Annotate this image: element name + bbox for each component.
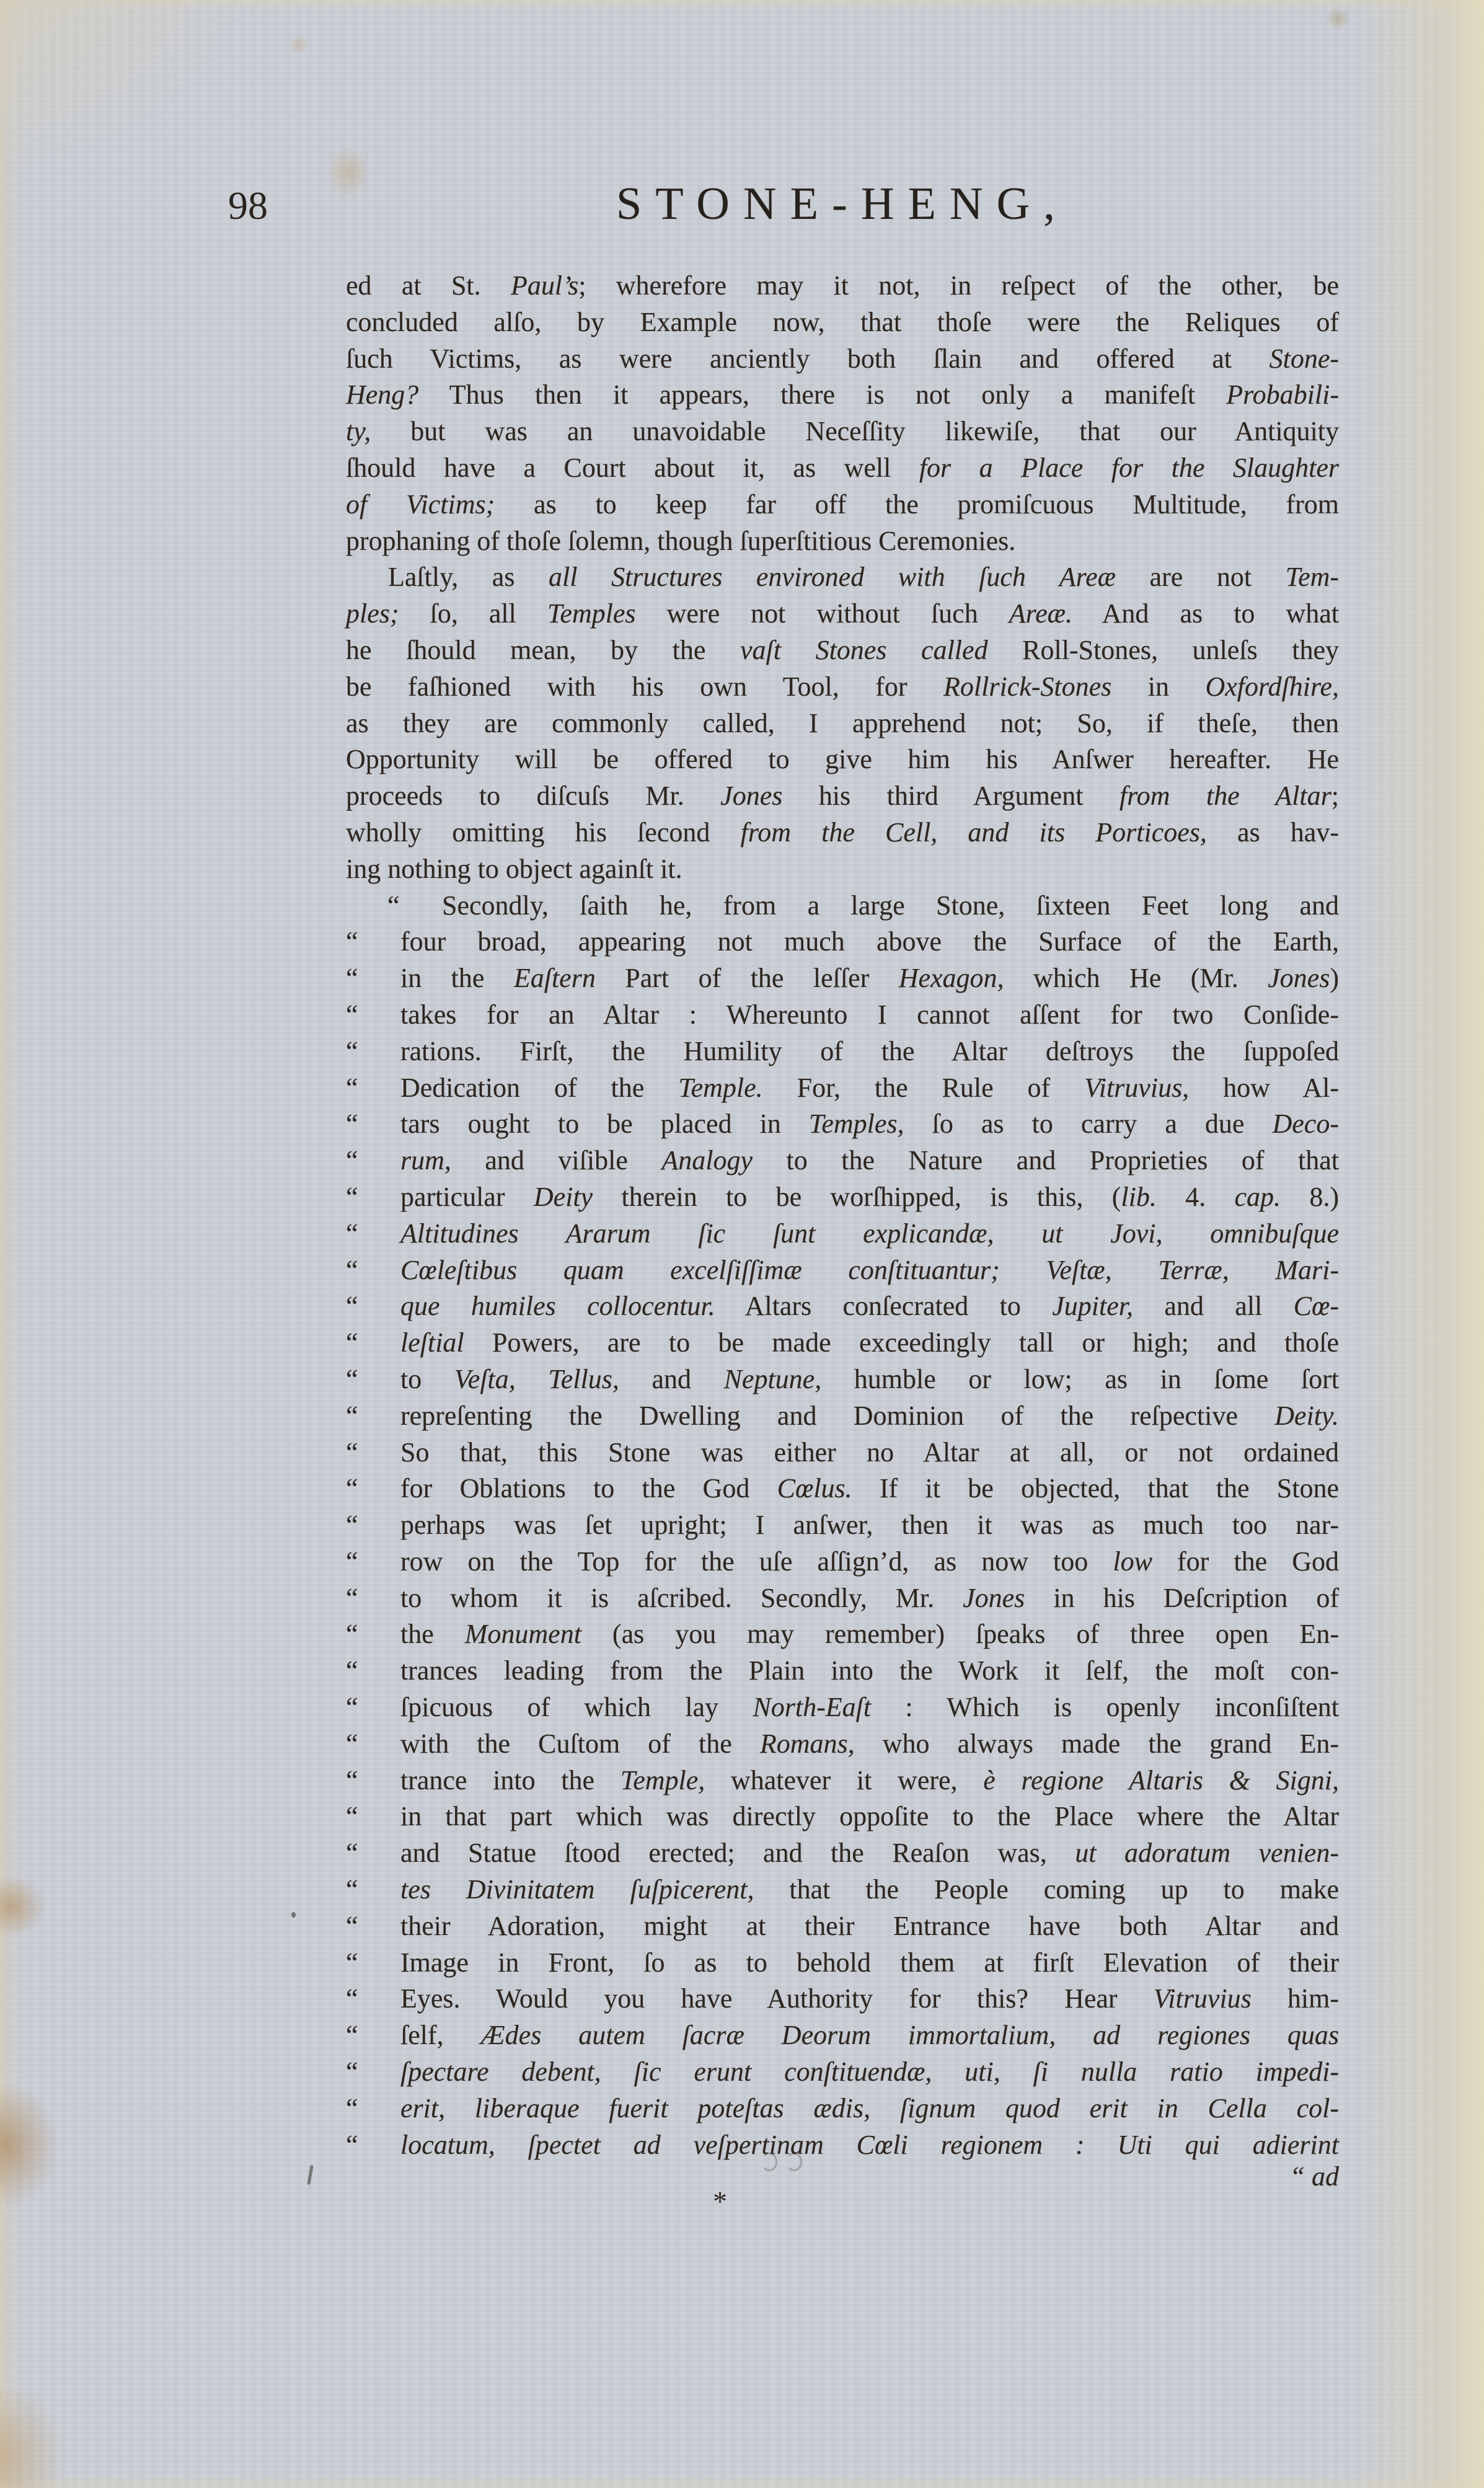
quoted-line: “ſpicuous of which lay North-Eaſt : Whic… bbox=[346, 1689, 1339, 1726]
italic-run: for a Place for the Slaughter bbox=[919, 453, 1339, 483]
roman-run: Part of the leſſer bbox=[596, 963, 899, 993]
text-block: ed at St. Paul’s; wherefore may it not, … bbox=[346, 268, 1339, 2163]
quote-mark: “ bbox=[346, 1288, 358, 1325]
roman-run: tars ought to be placed in bbox=[400, 1109, 809, 1139]
roman-run: as hav- bbox=[1207, 817, 1339, 848]
quote-mark: “ bbox=[346, 2017, 358, 2054]
quoted-line: “trances leading from the Plain into the… bbox=[346, 1653, 1339, 1689]
quoted-line: “particular Deity therein to be worſhipp… bbox=[346, 1179, 1339, 1216]
text-line: wholly omitting his ſecond from the Cell… bbox=[346, 815, 1339, 851]
text-line: be faſhioned with his own Tool, for Roll… bbox=[346, 669, 1339, 706]
text-line: ty, but was an unavoidable Neceſſity lik… bbox=[346, 414, 1339, 450]
quoted-line: “leſtial Powers, are to be made exceedin… bbox=[346, 1325, 1339, 1361]
roman-run: to the Nature and Proprieties of that bbox=[753, 1145, 1339, 1175]
quoted-line: “Altitudines Ararum ſic ſunt explicandæ,… bbox=[346, 1216, 1339, 1252]
italic-run: Probabili- bbox=[1226, 379, 1339, 410]
italic-run: Stone- bbox=[1270, 343, 1339, 374]
roman-run: ) bbox=[1330, 963, 1339, 993]
quote-mark: “ bbox=[346, 1398, 358, 1435]
quote-mark: “ bbox=[346, 924, 358, 960]
italic-run: North-Eaſt bbox=[753, 1692, 871, 1722]
roman-run: were not without ſuch bbox=[636, 598, 1009, 629]
text-line: Laſtly, as all Structures environed with… bbox=[346, 559, 1339, 596]
roman-run: that the People coming up to make bbox=[754, 1874, 1339, 1905]
italic-run: Temple. bbox=[678, 1073, 763, 1103]
quote-mark: “ bbox=[346, 960, 358, 997]
italic-run: Cœleſtibus quam excelſiſſimæ conſtituant… bbox=[400, 1255, 1339, 1285]
quote-mark: “ bbox=[387, 888, 400, 924]
roman-run: four broad, appearing not much above the… bbox=[400, 926, 1339, 957]
text-line: ing nothing to object againſt it. bbox=[346, 851, 1339, 888]
quoted-line: “four broad, appearing not much above th… bbox=[346, 924, 1339, 960]
quote-mark: “ bbox=[346, 1106, 358, 1143]
text-line: prophaning of thoſe ſolemn, though ſuper… bbox=[346, 523, 1339, 560]
roman-run: and all bbox=[1133, 1291, 1294, 1321]
italic-run: Eaſtern bbox=[514, 963, 596, 993]
italic-run: Tem- bbox=[1286, 562, 1339, 592]
italic-run: Rollrick-Stones bbox=[943, 671, 1111, 702]
roman-run: Thus then it appears, there is not only … bbox=[418, 379, 1226, 410]
quote-mark: “ bbox=[346, 1653, 358, 1689]
roman-run: who always made the grand En- bbox=[855, 1729, 1339, 1759]
text-line: Heng? Thus then it appears, there is not… bbox=[346, 377, 1339, 414]
quoted-line: “erit, liberaque fuerit poteſtas ædis, ſ… bbox=[346, 2091, 1339, 2127]
quoted-line: “So that, this Stone was either no Altar… bbox=[346, 1435, 1339, 1471]
roman-run: their Adoration, might at their Entrance… bbox=[400, 1911, 1339, 1941]
italic-run: Heng? bbox=[346, 379, 418, 410]
roman-run: in the bbox=[400, 963, 514, 993]
roman-run: ed at St. bbox=[346, 270, 511, 301]
italic-run: Temples bbox=[547, 598, 636, 629]
italic-run: Analogy bbox=[661, 1145, 753, 1175]
footnote-mark: * bbox=[713, 2187, 727, 2216]
italic-run: ples; bbox=[346, 598, 399, 629]
roman-run: with the Cuſtom of the bbox=[400, 1729, 760, 1759]
page-title: STONE-HENG, bbox=[346, 181, 1339, 227]
italic-run: cap. bbox=[1234, 1182, 1281, 1212]
quoted-line: “perhaps was ſet upright; I anſwer, then… bbox=[346, 1507, 1339, 1544]
roman-run: how Al- bbox=[1189, 1073, 1339, 1103]
roman-run: ſo, all bbox=[399, 598, 547, 629]
quoted-line: “and Statue ſtood erected; and the Reaſo… bbox=[346, 1835, 1339, 1872]
text-line: of Victims; as to keep far off the promi… bbox=[346, 487, 1339, 523]
roman-run: and viſible bbox=[451, 1145, 661, 1175]
catchword: “ ad bbox=[346, 2159, 1339, 2195]
quoted-line: “locatum, ſpectet ad veſpertinam Cœli re… bbox=[346, 2127, 1339, 2164]
roman-run: ; wherefore may it not, in reſpect of th… bbox=[578, 270, 1339, 301]
quoted-line: “takes for an Altar : Whereunto I cannot… bbox=[346, 997, 1339, 1034]
italic-run: Temple, bbox=[621, 1765, 705, 1795]
italic-run: Vitruvius bbox=[1154, 1983, 1252, 2014]
roman-run: trances leading from the Plain into the … bbox=[400, 1655, 1339, 1686]
roman-run: for the God bbox=[1152, 1546, 1339, 1577]
italic-run: Ædes autem ſacræ Deorum immortalium, ad … bbox=[481, 2020, 1339, 2050]
quoted-line: “with the Cuſtom of the Romans, who alwa… bbox=[346, 1726, 1339, 1763]
quoted-line: “to Veſta, Tellus, and Neptune, humble o… bbox=[346, 1361, 1339, 1398]
italic-run: tes Divinitatem ſuſpicerent, bbox=[400, 1874, 754, 1905]
text-line: as they are commonly called, I apprehend… bbox=[346, 706, 1339, 742]
roman-run: takes for an Altar : Whereunto I cannot … bbox=[400, 999, 1339, 1030]
ghost-arc bbox=[761, 2153, 777, 2171]
quote-mark: “ bbox=[346, 1507, 358, 1544]
italic-run: Veſta, Tellus, bbox=[454, 1364, 619, 1394]
roman-run: ſpicuous of which lay bbox=[400, 1692, 753, 1722]
italic-run: Oxfordſhire, bbox=[1206, 671, 1340, 702]
quoted-line: “ſelf, Ædes autem ſacræ Deorum immortali… bbox=[346, 2017, 1339, 2054]
text-line: ed at St. Paul’s; wherefore may it not, … bbox=[346, 268, 1339, 304]
text-line: ſhould have a Court about it, as well fo… bbox=[346, 450, 1339, 487]
quote-mark: “ bbox=[346, 1179, 358, 1216]
italic-run: Temples, bbox=[809, 1109, 904, 1139]
roman-run: rations. Firſt, the Humility of the Alta… bbox=[400, 1036, 1339, 1066]
quote-mark: “ bbox=[346, 1034, 358, 1070]
quote-mark: “ bbox=[346, 1872, 358, 1908]
quoted-line: “row on the Top for the uſe aſſign’d, as… bbox=[346, 1544, 1339, 1580]
roman-run: If it be objected, that the Stone bbox=[852, 1473, 1339, 1503]
italic-run: Altitudines Ararum ſic ſunt explicandæ, … bbox=[400, 1218, 1339, 1249]
roman-run: ſelf, bbox=[400, 2020, 481, 2050]
italic-run: leſtial bbox=[400, 1327, 464, 1358]
italic-run: Areæ. bbox=[1009, 598, 1072, 629]
quote-mark: “ bbox=[346, 1325, 358, 1361]
ink-speck bbox=[307, 2165, 313, 2185]
roman-run: Image in Front, ſo as to behold them at … bbox=[400, 1947, 1339, 1978]
text-line: Opportunity will be offered to give him … bbox=[346, 742, 1339, 778]
quoted-line: “their Adoration, might at their Entranc… bbox=[346, 1908, 1339, 1945]
roman-run: Laſtly, as bbox=[388, 562, 549, 592]
italic-run: all Structures environed with ſuch Areæ bbox=[549, 562, 1116, 592]
quote-mark: “ bbox=[346, 2054, 358, 2091]
quote-mark: “ bbox=[346, 1580, 358, 1617]
quoted-line: “the Monument (as you may remember) ſpea… bbox=[346, 1616, 1339, 1653]
italic-run: rum, bbox=[400, 1145, 451, 1175]
text-line: he ſhould mean, by the vaſt Stones calle… bbox=[346, 632, 1339, 669]
quote-mark: “ bbox=[346, 1981, 358, 2017]
roman-run: the bbox=[400, 1619, 465, 1649]
quoted-line: “Dedication of the Temple. For, the Rule… bbox=[346, 1070, 1339, 1107]
quote-mark: “ bbox=[346, 1726, 358, 1763]
roman-run: Altars conſecrated to bbox=[715, 1291, 1053, 1321]
roman-run: therein to be worſhipped, is this, ( bbox=[593, 1182, 1121, 1212]
italic-run: Deco- bbox=[1273, 1109, 1340, 1139]
roman-run: ſhould have a Court about it, as well bbox=[346, 453, 919, 483]
italic-run: Romans, bbox=[760, 1729, 855, 1759]
roman-run: in bbox=[1111, 671, 1205, 702]
quoted-line: “rations. Firſt, the Humility of the Alt… bbox=[346, 1034, 1339, 1070]
italic-run: from the Altar bbox=[1120, 781, 1332, 811]
roman-run: which He (Mr. bbox=[1004, 963, 1268, 993]
roman-run: 4. bbox=[1157, 1182, 1235, 1212]
roman-run: Roll-Stones, unleſs they bbox=[988, 635, 1339, 665]
quote-mark: “ bbox=[346, 2091, 358, 2127]
quote-mark: “ bbox=[346, 1799, 358, 1835]
italic-run: Neptune, bbox=[724, 1364, 822, 1394]
roman-run: ſo as to carry a due bbox=[904, 1109, 1273, 1139]
roman-run: as to keep far off the promiſcuous Multi… bbox=[495, 489, 1339, 520]
quoted-line: “tars ought to be placed in Temples, ſo … bbox=[346, 1106, 1339, 1143]
roman-run: Dedication of the bbox=[400, 1073, 678, 1103]
book-page-scan: 98 STONE-HENG, ed at St. Paul’s; wherefo… bbox=[0, 0, 1484, 2488]
roman-run: prophaning of thoſe ſolemn, though ſuper… bbox=[346, 526, 1015, 556]
page-number: 98 bbox=[228, 186, 268, 226]
quoted-line: “repreſenting the Dwelling and Dominion … bbox=[346, 1398, 1339, 1435]
roman-run: Opportunity will be offered to give him … bbox=[346, 744, 1339, 774]
show-through-marks bbox=[761, 2153, 817, 2174]
italic-run: Cœlus. bbox=[777, 1473, 852, 1503]
quote-mark: “ bbox=[346, 2127, 358, 2164]
roman-run: he ſhould mean, by the bbox=[346, 635, 740, 665]
italic-run: lib. bbox=[1121, 1182, 1156, 1212]
italic-run: of Victims; bbox=[346, 489, 495, 520]
quote-mark: “ bbox=[346, 997, 358, 1034]
roman-run: trance into the bbox=[400, 1765, 621, 1795]
roman-run: wholly omitting his ſecond bbox=[346, 817, 740, 848]
roman-run: repreſenting the Dwelling and Dominion o… bbox=[400, 1401, 1274, 1431]
roman-run: proceeds to diſcuſs Mr. bbox=[346, 781, 720, 811]
quote-mark: “ bbox=[346, 1216, 358, 1252]
roman-run: to whom it is aſcribed. Secondly, Mr. bbox=[400, 1583, 963, 1613]
roman-run: (as you may remember) ſpeaks of three op… bbox=[581, 1619, 1339, 1649]
italic-run: Cœ- bbox=[1294, 1291, 1339, 1321]
roman-run: particular bbox=[400, 1182, 534, 1212]
quote-mark: “ bbox=[346, 1471, 358, 1507]
roman-run: in his Deſcription of bbox=[1025, 1583, 1339, 1613]
quoted-line: “Image in Front, ſo as to behold them at… bbox=[346, 1945, 1339, 1981]
quoted-line: “in the Eaſtern Part of the leſſer Hexag… bbox=[346, 960, 1339, 997]
quoted-line: “in that part which was directly oppoſit… bbox=[346, 1799, 1339, 1835]
roman-run: and bbox=[619, 1364, 724, 1394]
roman-run: are not bbox=[1116, 562, 1286, 592]
roman-run: : Which is openly inconſiſtent bbox=[871, 1692, 1339, 1722]
roman-run: Powers, are to be made exceedingly tall … bbox=[464, 1327, 1339, 1358]
italic-run: erit, liberaque fuerit poteſtas ædis, ſi… bbox=[400, 2093, 1339, 2123]
quote-mark: “ bbox=[346, 1143, 358, 1179]
quote-mark: “ bbox=[346, 1070, 358, 1107]
quoted-line: “tes Divinitatem ſuſpicerent, that the P… bbox=[346, 1872, 1339, 1908]
roman-run: ; bbox=[1332, 781, 1339, 811]
ghost-arc bbox=[786, 2153, 802, 2171]
roman-run: and Statue ſtood erected; and the Reaſon… bbox=[400, 1838, 1075, 1868]
roman-run: So that, this Stone was either no Altar … bbox=[400, 1437, 1339, 1468]
quote-mark: “ bbox=[346, 1835, 358, 1872]
roman-run: for Oblations to the God bbox=[400, 1473, 777, 1503]
italic-run: low bbox=[1113, 1546, 1152, 1577]
italic-run: vaſt Stones called bbox=[740, 635, 988, 665]
italic-run: Jupiter, bbox=[1052, 1291, 1133, 1321]
quoted-line: “trance into the Temple, whatever it wer… bbox=[346, 1763, 1339, 1799]
quote-mark: “ bbox=[346, 1435, 358, 1471]
italic-run: ut adoratum venien- bbox=[1075, 1838, 1339, 1868]
roman-run: And as to what bbox=[1072, 598, 1339, 629]
quote-mark: “ bbox=[346, 1361, 358, 1398]
italic-run: locatum, ſpectet ad veſpertinam Cœli reg… bbox=[400, 2130, 1339, 2160]
roman-run: as they are commonly called, I apprehend… bbox=[346, 708, 1339, 738]
italic-run: Vitruvius, bbox=[1084, 1073, 1189, 1103]
roman-run: but was an unavoidable Neceſſity likewiſ… bbox=[371, 416, 1339, 446]
text-line: proceeds to diſcuſs Mr. Jones his third … bbox=[346, 778, 1339, 815]
italic-run: Jones bbox=[1268, 963, 1330, 993]
italic-run: Jones bbox=[963, 1583, 1025, 1613]
quote-mark: “ bbox=[346, 1945, 358, 1981]
roman-run: row on the Top for the uſe aſſign’d, as … bbox=[400, 1546, 1113, 1577]
italic-run: è regione Altaris & Signi, bbox=[983, 1765, 1339, 1795]
italic-run: Monument bbox=[465, 1619, 581, 1649]
quoted-line: “Secondly, ſaith he, from a large Stone,… bbox=[346, 888, 1339, 924]
italic-run: Jones bbox=[720, 781, 782, 811]
roman-run: Secondly, ſaith he, from a large Stone, … bbox=[442, 890, 1339, 921]
italic-run: ſpectare debent, ſic erunt conſtituendæ,… bbox=[400, 2056, 1339, 2087]
roman-run: his third Argument bbox=[782, 781, 1120, 811]
italic-run: Paul’s bbox=[511, 270, 578, 301]
roman-run: 8.) bbox=[1281, 1182, 1339, 1212]
quote-mark: “ bbox=[346, 1616, 358, 1653]
roman-run: to bbox=[400, 1364, 454, 1394]
text-line: ſuch Victims, as were anciently both ſla… bbox=[346, 341, 1339, 378]
roman-run: whatever it were, bbox=[705, 1765, 983, 1795]
roman-run: be faſhioned with his own Tool, for bbox=[346, 671, 943, 702]
quoted-line: “Cœleſtibus quam excelſiſſimæ conſtituan… bbox=[346, 1252, 1339, 1289]
roman-run: perhaps was ſet upright; I anſwer, then … bbox=[400, 1510, 1339, 1540]
quote-mark: “ bbox=[346, 1908, 358, 1945]
quote-mark: “ bbox=[346, 1252, 358, 1289]
quoted-line: “Eyes. Would you have Authority for this… bbox=[346, 1981, 1339, 2017]
ink-speck bbox=[291, 1912, 296, 1918]
roman-run: For, the Rule of bbox=[763, 1073, 1084, 1103]
quote-mark: “ bbox=[346, 1689, 358, 1726]
roman-run: Eyes. Would you have Authority for this?… bbox=[400, 1983, 1154, 2014]
text-line: concluded alſo, by Example now, that tho… bbox=[346, 304, 1339, 341]
italic-run: Hexagon, bbox=[899, 963, 1004, 993]
italic-run: Deity bbox=[534, 1182, 593, 1212]
roman-run: him- bbox=[1252, 1983, 1339, 2014]
italic-run: que humiles collocentur. bbox=[400, 1291, 715, 1321]
italic-run: ty, bbox=[346, 416, 371, 446]
quoted-line: “to whom it is aſcribed. Secondly, Mr. J… bbox=[346, 1580, 1339, 1617]
text-line: ples; ſo, all Temples were not without ſ… bbox=[346, 596, 1339, 632]
roman-run: ing nothing to object againſt it. bbox=[346, 854, 682, 884]
roman-run: humble or low; as in ſome ſort bbox=[821, 1364, 1339, 1394]
quoted-line: “que humiles collocentur. Altars conſecr… bbox=[346, 1288, 1339, 1325]
italic-run: from the Cell, and its Porticoes, bbox=[740, 817, 1206, 848]
quoted-line: “rum, and viſible Analogy to the Nature … bbox=[346, 1143, 1339, 1179]
roman-run: ſuch Victims, as were anciently both ſla… bbox=[346, 343, 1270, 374]
italic-run: Deity. bbox=[1274, 1401, 1339, 1431]
quote-mark: “ bbox=[346, 1544, 358, 1580]
roman-run: concluded alſo, by Example now, that tho… bbox=[346, 307, 1339, 337]
quoted-line: “ſpectare debent, ſic erunt conſtituendæ… bbox=[346, 2054, 1339, 2091]
roman-run: in that part which was directly oppoſite… bbox=[400, 1801, 1339, 1831]
quoted-line: “for Oblations to the God Cœlus. If it b… bbox=[346, 1471, 1339, 1507]
quote-mark: “ bbox=[346, 1763, 358, 1799]
